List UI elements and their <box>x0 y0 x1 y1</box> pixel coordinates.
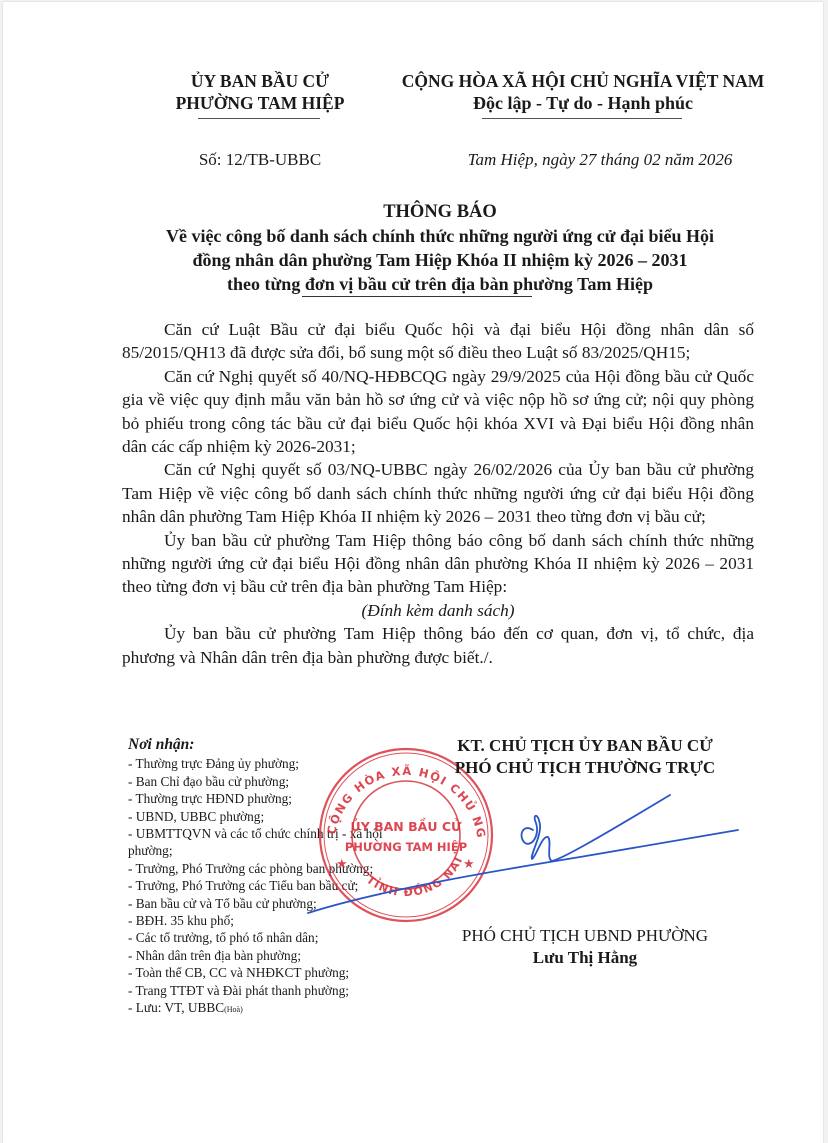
national-header: CỘNG HÒA XÃ HỘI CHỦ NGHĨA VIỆT NAM Độc l… <box>398 70 768 114</box>
document-body: Căn cứ Luật Bầu cử đại biểu Quốc hội và … <box>122 318 754 669</box>
body-paragraph: Căn cứ Nghị quyết số 40/NQ-HĐBCQG ngày 2… <box>122 365 754 459</box>
signer-role-line-1: KT. CHỦ TỊCH ỦY BAN BẦU CỬ <box>420 735 750 757</box>
archive-label: - Lưu: VT, UBBC <box>128 1000 224 1015</box>
subject-line-2: đồng nhân dân phường Tam Hiệp Khóa II nh… <box>120 248 760 272</box>
recipient-item: - Toàn thể CB, CC và NHĐKCT phường; <box>128 964 428 981</box>
document-title: THÔNG BÁO Về việc công bố danh sách chín… <box>120 200 760 296</box>
recipient-item-archive: - Lưu: VT, UBBC(Hoà) <box>128 999 428 1018</box>
issuer-line-1: ỦY BAN BẦU CỬ <box>145 70 375 92</box>
title-underline <box>302 296 532 297</box>
recipient-item: - Nhân dân trên địa bàn phường; <box>128 947 428 964</box>
recipient-item: - Trang TTĐT và Đài phát thanh phường; <box>128 982 428 999</box>
issuer-underline <box>198 118 320 119</box>
attachment-note: (Đính kèm danh sách) <box>122 599 754 622</box>
body-paragraph: Căn cứ Nghị quyết số 03/NQ-UBBC ngày 26/… <box>122 458 754 528</box>
motto-underline <box>482 118 682 119</box>
archive-suffix: (Hoà) <box>224 1005 243 1014</box>
recipient-item: - Các tổ trưởng, tổ phó tổ nhân dân; <box>128 929 428 946</box>
issuer-line-2: PHƯỜNG TAM HIỆP <box>145 92 375 114</box>
document-number: Số: 12/TB-UBBC <box>145 150 375 170</box>
issuer-block: ỦY BAN BẦU CỬ PHƯỜNG TAM HIỆP <box>145 70 375 114</box>
closing-paragraph: Ủy ban bầu cử phường Tam Hiệp thông báo … <box>122 622 754 669</box>
nation-name: CỘNG HÒA XÃ HỘI CHỦ NGHĨA VIỆT NAM <box>398 70 768 92</box>
place-and-date: Tam Hiệp, ngày 27 tháng 02 năm 2026 <box>420 150 780 170</box>
body-paragraph: Ủy ban bầu cử phường Tam Hiệp thông báo … <box>122 529 754 599</box>
national-motto: Độc lập - Tự do - Hạnh phúc <box>398 92 768 114</box>
signer-position: PHÓ CHỦ TỊCH UBND PHƯỜNG <box>420 925 750 947</box>
document-type: THÔNG BÁO <box>120 200 760 224</box>
body-paragraph: Căn cứ Luật Bầu cử đại biểu Quốc hội và … <box>122 318 754 365</box>
subject-line-3: theo từng đơn vị bầu cử trên địa bàn phư… <box>120 272 760 296</box>
handwritten-signature-icon <box>300 775 740 915</box>
signer-name: Lưu Thị Hằng <box>420 947 750 969</box>
subject-line-1: Về việc công bố danh sách chính thức nhữ… <box>120 224 760 248</box>
